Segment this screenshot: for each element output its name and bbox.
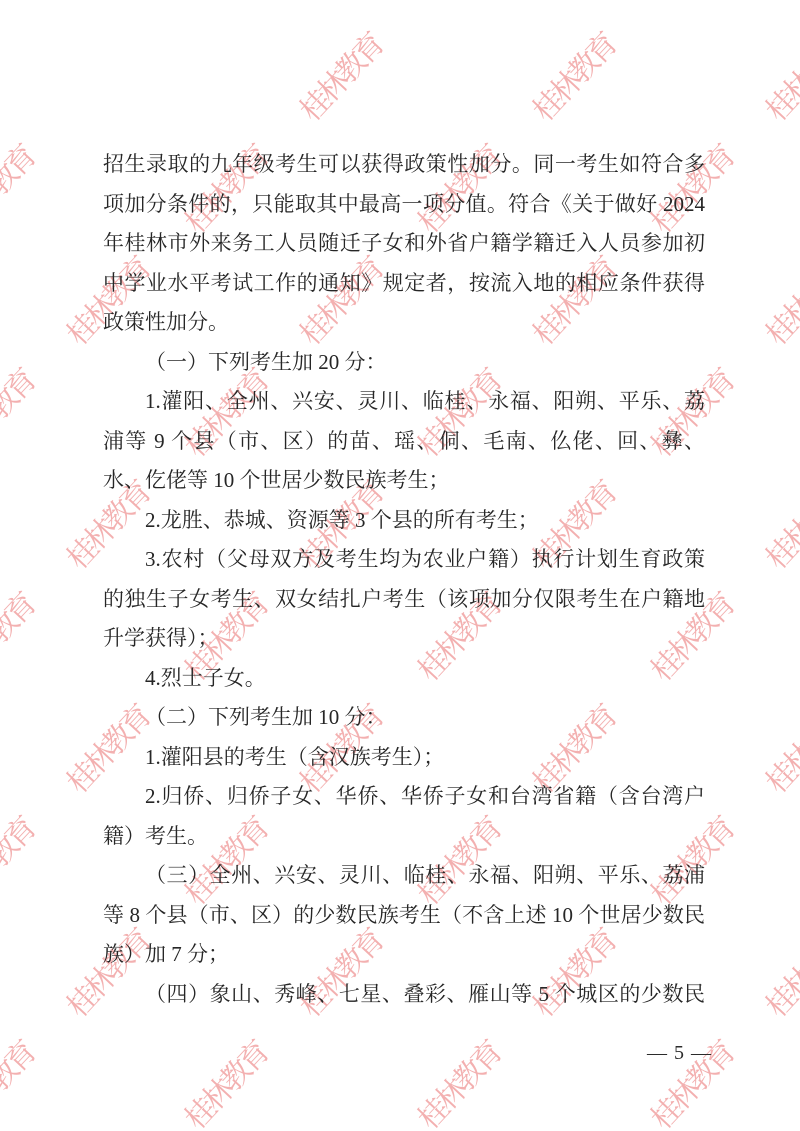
text-line: （一）下列考生加 20 分：	[103, 343, 705, 383]
text-line: 2.归侨、归侨子女、华侨、华侨子女和台湾省籍（含台湾户	[103, 777, 705, 817]
text-line: 3.农村（父母双方及考生均为农业户籍）执行计划生育政策	[103, 540, 705, 580]
watermark-text: 桂林教育	[405, 1031, 508, 1131]
document-body: 招生录取的九年级考生可以获得政策性加分。同一考生如符合多项加分条件的，只能取其中…	[103, 145, 705, 1014]
text-line: 1.灌阳县的考生（含汉族考生）；	[103, 738, 705, 778]
text-line: 政策性加分。	[103, 303, 705, 343]
watermark-text: 桂林教育	[0, 1031, 43, 1131]
text-line: 升学获得）；	[103, 619, 705, 659]
text-line: 籍）考生。	[103, 817, 705, 857]
watermark-text: 桂林教育	[0, 135, 43, 241]
watermark-text: 桂林教育	[753, 23, 800, 129]
text-line: （二）下列考生加 10 分：	[103, 698, 705, 738]
watermark-text: 桂林教育	[753, 471, 800, 577]
watermark-text: 桂林教育	[0, 807, 43, 913]
text-line: 2.龙胜、恭城、资源等 3 个县的所有考生；	[103, 501, 705, 541]
text-line: 招生录取的九年级考生可以获得政策性加分。同一考生如符合多	[103, 145, 705, 185]
watermark-text: 桂林教育	[0, 359, 43, 465]
text-line: 1.灌阳、全州、兴安、灵川、临桂、永福、阳朔、平乐、荔	[103, 382, 705, 422]
text-line: 4.烈士子女。	[103, 659, 705, 699]
watermark-text: 桂林教育	[287, 23, 390, 129]
text-line: 年桂林市外来务工人员随迁子女和外省户籍学籍迁入人员参加初	[103, 224, 705, 264]
text-line: （四）象山、秀峰、七星、叠彩、雁山等 5 个城区的少数民	[103, 975, 705, 1015]
text-line: 浦等 9 个县（市、区）的苗、瑶、侗、毛南、仫佬、回、彝、京、	[103, 422, 705, 462]
watermark-text: 桂林教育	[172, 1031, 275, 1131]
text-line: 等 8 个县（市、区）的少数民族考生（不含上述 10 个世居少数民	[103, 896, 705, 936]
text-line: （三）全州、兴安、灵川、临桂、永福、阳朔、平乐、荔浦	[103, 856, 705, 896]
text-line: 水、仡佬等 10 个世居少数民族考生；	[103, 461, 705, 501]
text-line: 族）加 7 分；	[103, 935, 705, 975]
text-line: 的独生子女考生、双女结扎户考生（该项加分仅限考生在户籍地	[103, 580, 705, 620]
text-line: 中学业水平考试工作的通知》规定者，按流入地的相应条件获得	[103, 264, 705, 304]
watermark-text: 桂林教育	[753, 247, 800, 353]
page-number: — 5 —	[647, 1042, 712, 1065]
document-page: 桂林教育桂林教育桂林教育桂林教育桂林教育桂林教育桂林教育桂林教育桂林教育桂林教育…	[0, 0, 800, 1131]
watermark-text: 桂林教育	[0, 583, 43, 689]
watermark-text: 桂林教育	[753, 919, 800, 1025]
watermark-text: 桂林教育	[753, 695, 800, 801]
text-line: 项加分条件的，只能取其中最高一项分值。符合《关于做好 2024	[103, 185, 705, 225]
watermark-text: 桂林教育	[520, 23, 623, 129]
